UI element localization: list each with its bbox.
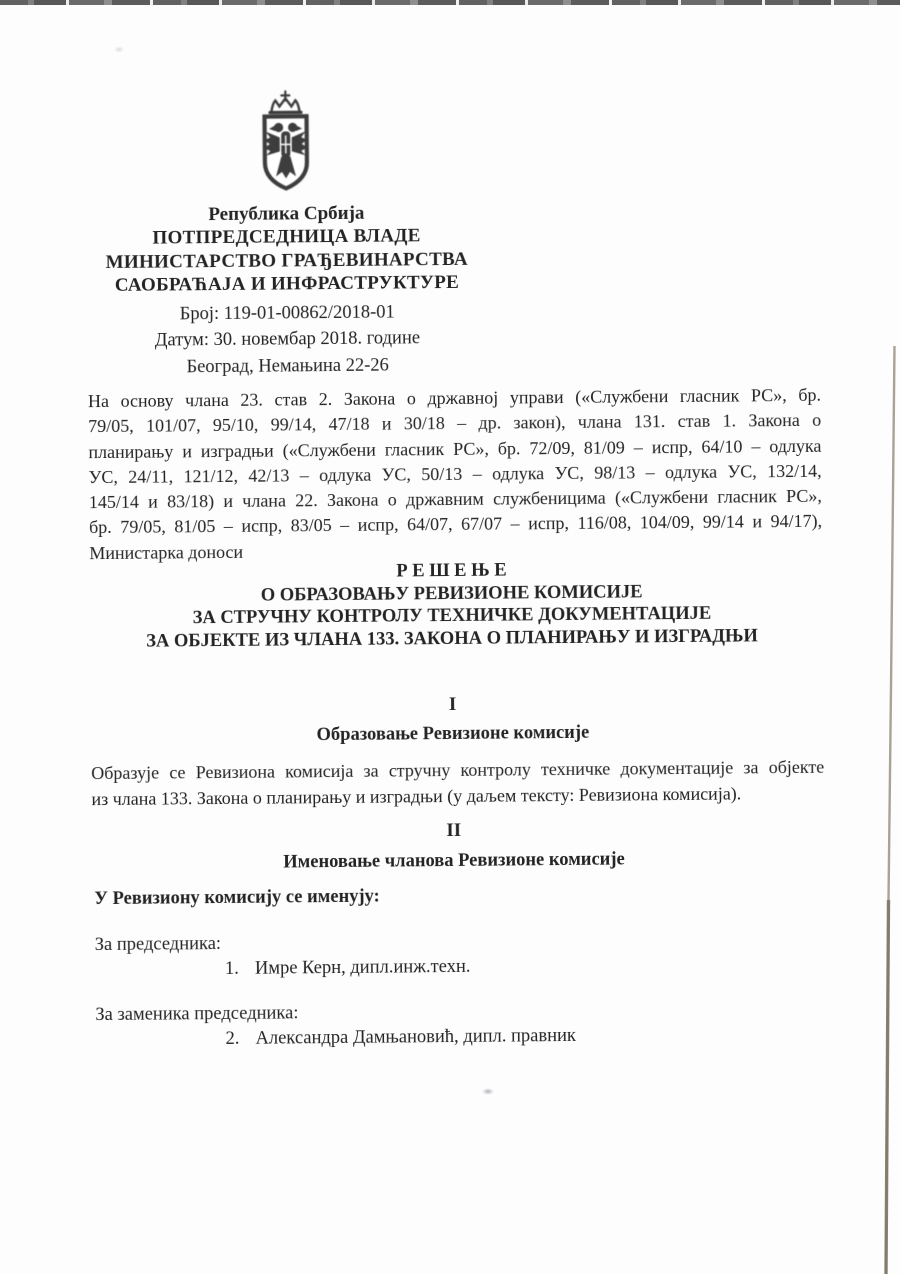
appointment-number: 2. (225, 1029, 255, 1050)
section-2-heading: Именовање чланова Ревизионе комисије (59, 848, 849, 876)
section-1-body: Образује се Ревизиона комисија за стручн… (91, 754, 824, 812)
serbia-coat-of-arms-icon (241, 87, 330, 202)
appointment-number: 1. (225, 959, 255, 980)
scan-speck (482, 1088, 494, 1095)
appointment-item: 2.Александра Дамњановић, дипл. правник (225, 1026, 576, 1050)
scan-speck (114, 46, 124, 53)
appointment-item: 1.Имре Керн, дипл.инж.техн. (225, 957, 471, 980)
section-2-intro: У Ревизиону комисију се именују: (94, 887, 380, 910)
document-content: Република Србија ПОТПРЕДСЕДНИЦА ВЛАДЕ МИ… (0, 0, 900, 1274)
letterhead: Република Србија ПОТПРЕДСЕДНИЦА ВЛАДЕ МИ… (35, 85, 538, 381)
appointment-role: За заменика председника: (95, 1003, 298, 1026)
document-place: Београд, Немањина 22-26 (38, 351, 538, 382)
section-1-body-line: из члана 133. Закона о планирању и изгра… (91, 780, 824, 812)
section-1-numeral: I (58, 691, 848, 720)
section-2-numeral: II (59, 817, 849, 846)
decision-title: Р Е Ш Е Њ Е О ОБРАЗОВАЊУ РЕВИЗИОНЕ КОМИС… (56, 557, 847, 654)
appointment-name: Имре Керн, дипл.инж.техн. (255, 957, 471, 979)
institution-line-2: МИНИСТАРСТВО ГРАЂЕВИНАРСТВА (37, 247, 537, 275)
legal-preamble: На основу члана 23. став 2. Закона о држ… (88, 383, 823, 566)
appointment-role: За председника: (95, 934, 221, 956)
section-1-heading: Образовање Ревизионе комисије (58, 721, 848, 749)
institution-line-3: САОБРАЋАЈА И ИНФРАСТРУКТУРЕ (37, 270, 537, 298)
scanner-top-edge-artifact (0, 0, 900, 5)
scanned-document-page: Република Србија ПОТПРЕДСЕДНИЦА ВЛАДЕ МИ… (0, 0, 900, 1274)
appointment-name: Александра Дамњановић, дипл. правник (255, 1026, 576, 1049)
